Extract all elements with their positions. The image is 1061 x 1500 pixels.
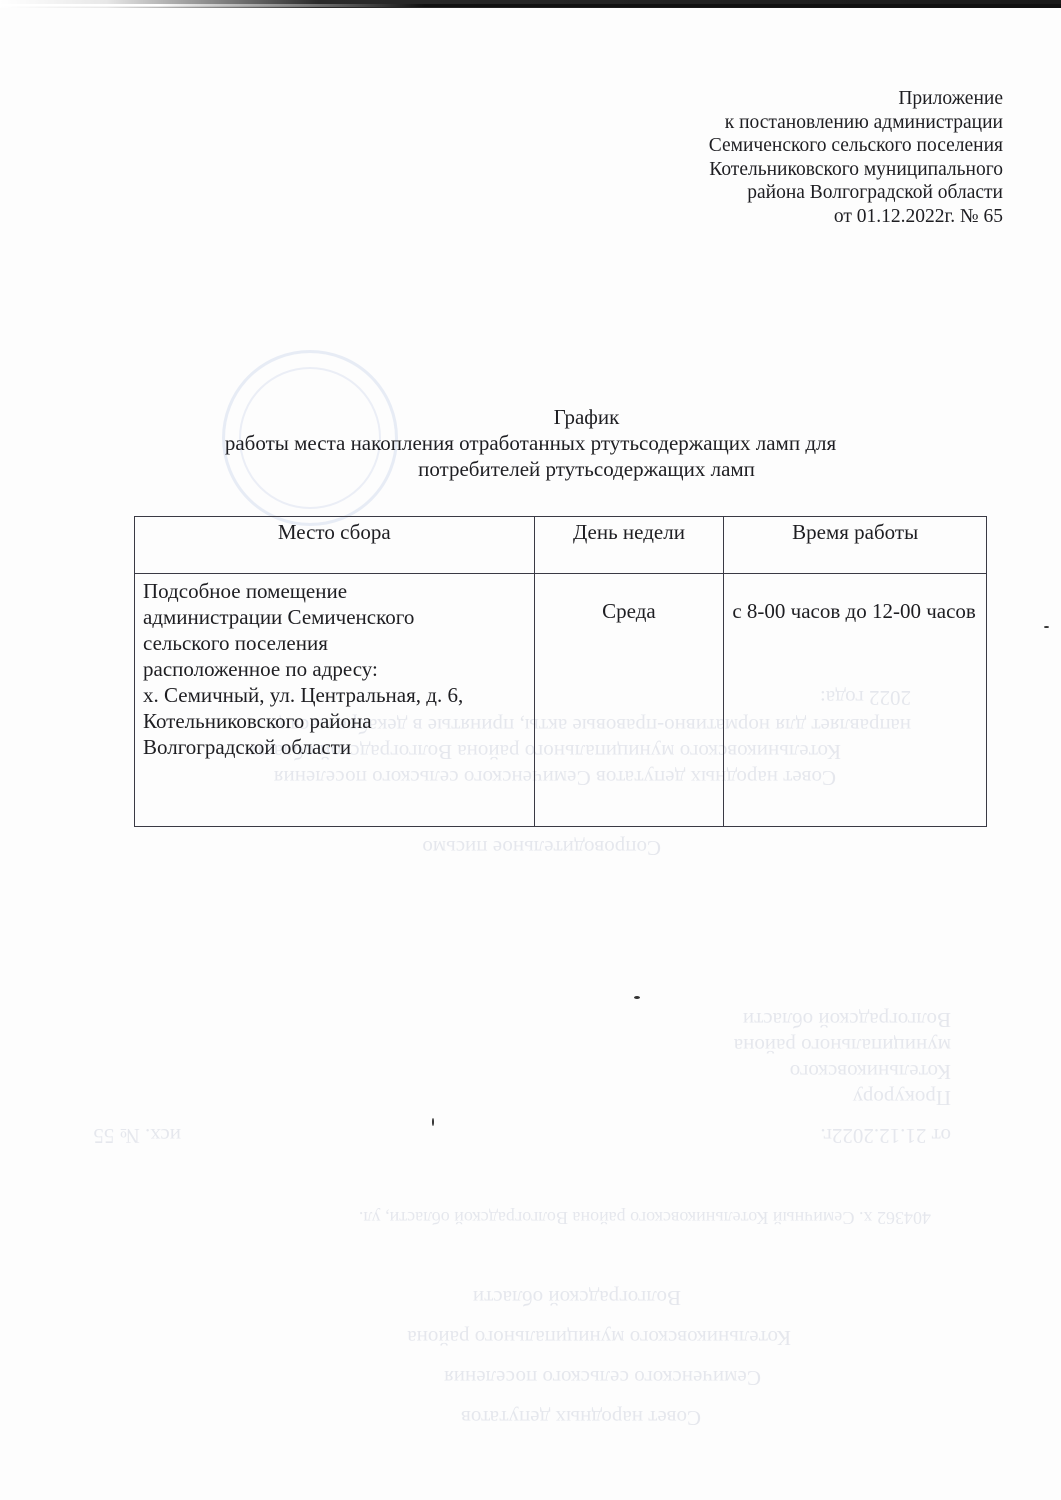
cell-place: Подсобное помещение администрации Семиче… xyxy=(135,574,535,827)
show-through-line: 404362 х. Семичный Котельниковского райо… xyxy=(359,1207,931,1228)
cell-time: с 8-00 часов до 12-00 часов xyxy=(724,574,987,827)
show-through-line: Сопроводительное письмо xyxy=(422,835,661,860)
place-line: Подсобное помещение xyxy=(143,578,526,604)
place-line: администрации Семиченского xyxy=(143,604,526,630)
scan-speck xyxy=(634,996,640,999)
place-line: х. Семичный, ул. Центральная, д. 6, xyxy=(143,682,526,708)
show-through-line: Семиченского сельского поселения xyxy=(444,1365,761,1390)
place-line: сельского поселения xyxy=(143,630,526,656)
table-header-row: Место сбора День недели Время работы xyxy=(135,517,987,574)
schedule-table: Место сбора День недели Время работы Под… xyxy=(134,516,987,827)
show-through-line: Котельниковского муниципального района xyxy=(407,1325,791,1350)
document-title: График работы места накопления отработан… xyxy=(0,404,1061,482)
appendix-line: к постановлению администрации xyxy=(709,111,1003,135)
column-header-day: День недели xyxy=(534,517,724,574)
scan-speck xyxy=(1044,626,1049,628)
title-subtitle-line: потребителей ртутьсодержащих ламп xyxy=(0,456,1061,482)
place-line: расположенное по адресу: xyxy=(143,656,526,682)
place-line: Волгоградской области xyxy=(143,734,526,760)
scan-speck xyxy=(432,1118,434,1126)
appendix-line: района Волгоградской области xyxy=(709,181,1003,205)
column-header-place: Место сбора xyxy=(135,517,535,574)
appendix-line: Котельниковского муниципального xyxy=(709,158,1003,182)
appendix-line: Приложение xyxy=(709,87,1003,111)
place-line: Котельниковского района xyxy=(143,708,526,734)
show-through-line: Совет народных депутатов xyxy=(461,1405,701,1430)
column-header-time: Время работы xyxy=(724,517,987,574)
appendix-line: Семиченского сельского поселения xyxy=(709,134,1003,158)
appendix-header: Приложение к постановлению администрации… xyxy=(709,87,1003,228)
show-through-line: Волгоградской области xyxy=(473,1285,681,1310)
title-subtitle-line: работы места накопления отработанных рту… xyxy=(0,430,1061,456)
show-through-line: Волгоградской области xyxy=(743,1007,951,1032)
appendix-line: от 01.12.2022г. № 65 xyxy=(709,205,1003,229)
cell-day: Среда xyxy=(534,574,724,827)
show-through-line: от 21.12.2022г. xyxy=(820,1123,951,1148)
show-through-line: исх. № 55 xyxy=(93,1123,181,1148)
table-row: Подсобное помещение администрации Семиче… xyxy=(135,574,987,827)
show-through-line: муниципального района xyxy=(734,1033,951,1058)
title-heading: График xyxy=(0,404,1061,430)
show-through-line: Котельниковского xyxy=(790,1059,951,1084)
scan-top-edge xyxy=(0,0,1061,8)
show-through-line: Прокурору xyxy=(853,1085,951,1110)
